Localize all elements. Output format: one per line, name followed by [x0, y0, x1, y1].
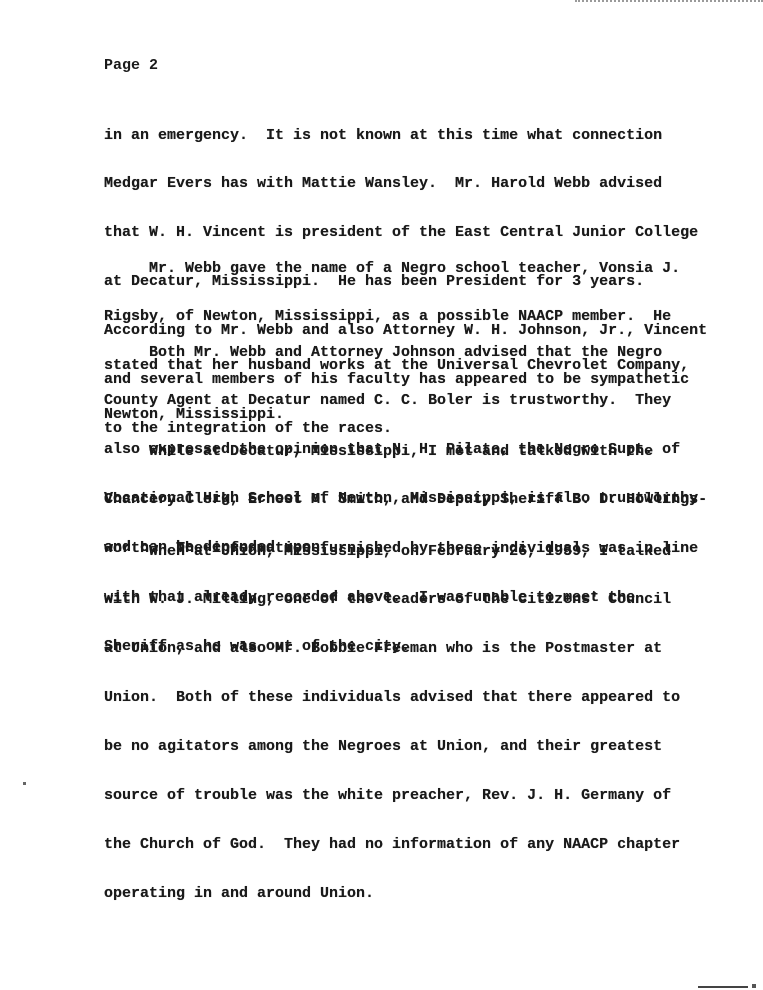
text-line: with W. J. Milling, one of the leaders o… — [104, 592, 680, 608]
text-line: Mr. Webb gave the name of a Negro school… — [104, 261, 689, 277]
text-line: While at Decatur, Mississippi, I met and… — [104, 444, 707, 460]
scan-edge-mark — [698, 986, 748, 988]
text-line: Medgar Evers has with Mattie Wansley. Mr… — [104, 176, 707, 192]
text-line: operating in and around Union. — [104, 886, 680, 902]
text-line: the Church of God. They had no informati… — [104, 837, 680, 853]
scan-speck — [752, 984, 756, 988]
text-line: source of trouble was the white preacher… — [104, 788, 680, 804]
text-line: Chancery Clerk, Ernest M. Smith, and Dep… — [104, 492, 707, 508]
text-line: at Union, and also Mr. Bobbie Freeman wh… — [104, 641, 680, 657]
page-number-label: Page 2 — [104, 58, 158, 74]
paragraph-5: When at Union, Mississippi, on February … — [104, 511, 680, 918]
text-line: Both Mr. Webb and Attorney Johnson advis… — [104, 345, 698, 361]
text-line: be no agitators among the Negroes at Uni… — [104, 739, 680, 755]
scan-edge-dotted-line — [575, 0, 763, 2]
text-line: in an emergency. It is not known at this… — [104, 128, 707, 144]
text-line: Union. Both of these individuals advised… — [104, 690, 680, 706]
text-line: County Agent at Decatur named C. C. Bole… — [104, 393, 698, 409]
scan-speck — [23, 782, 26, 785]
text-line: When at Union, Mississippi, on February … — [104, 544, 680, 560]
